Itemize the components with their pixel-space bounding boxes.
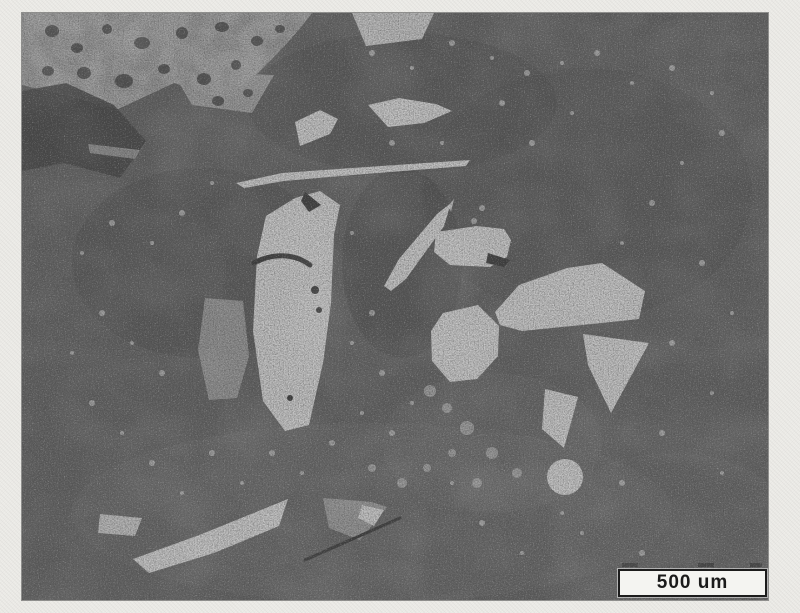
micrograph-photo: 500 um [22,13,768,600]
scale-bar-label: 500 um [657,572,728,594]
halftone-grain-overlay [22,13,768,600]
scanned-page: 500 um [0,0,800,613]
scale-bar: 500 um [618,569,767,597]
micrograph-image [22,13,768,600]
